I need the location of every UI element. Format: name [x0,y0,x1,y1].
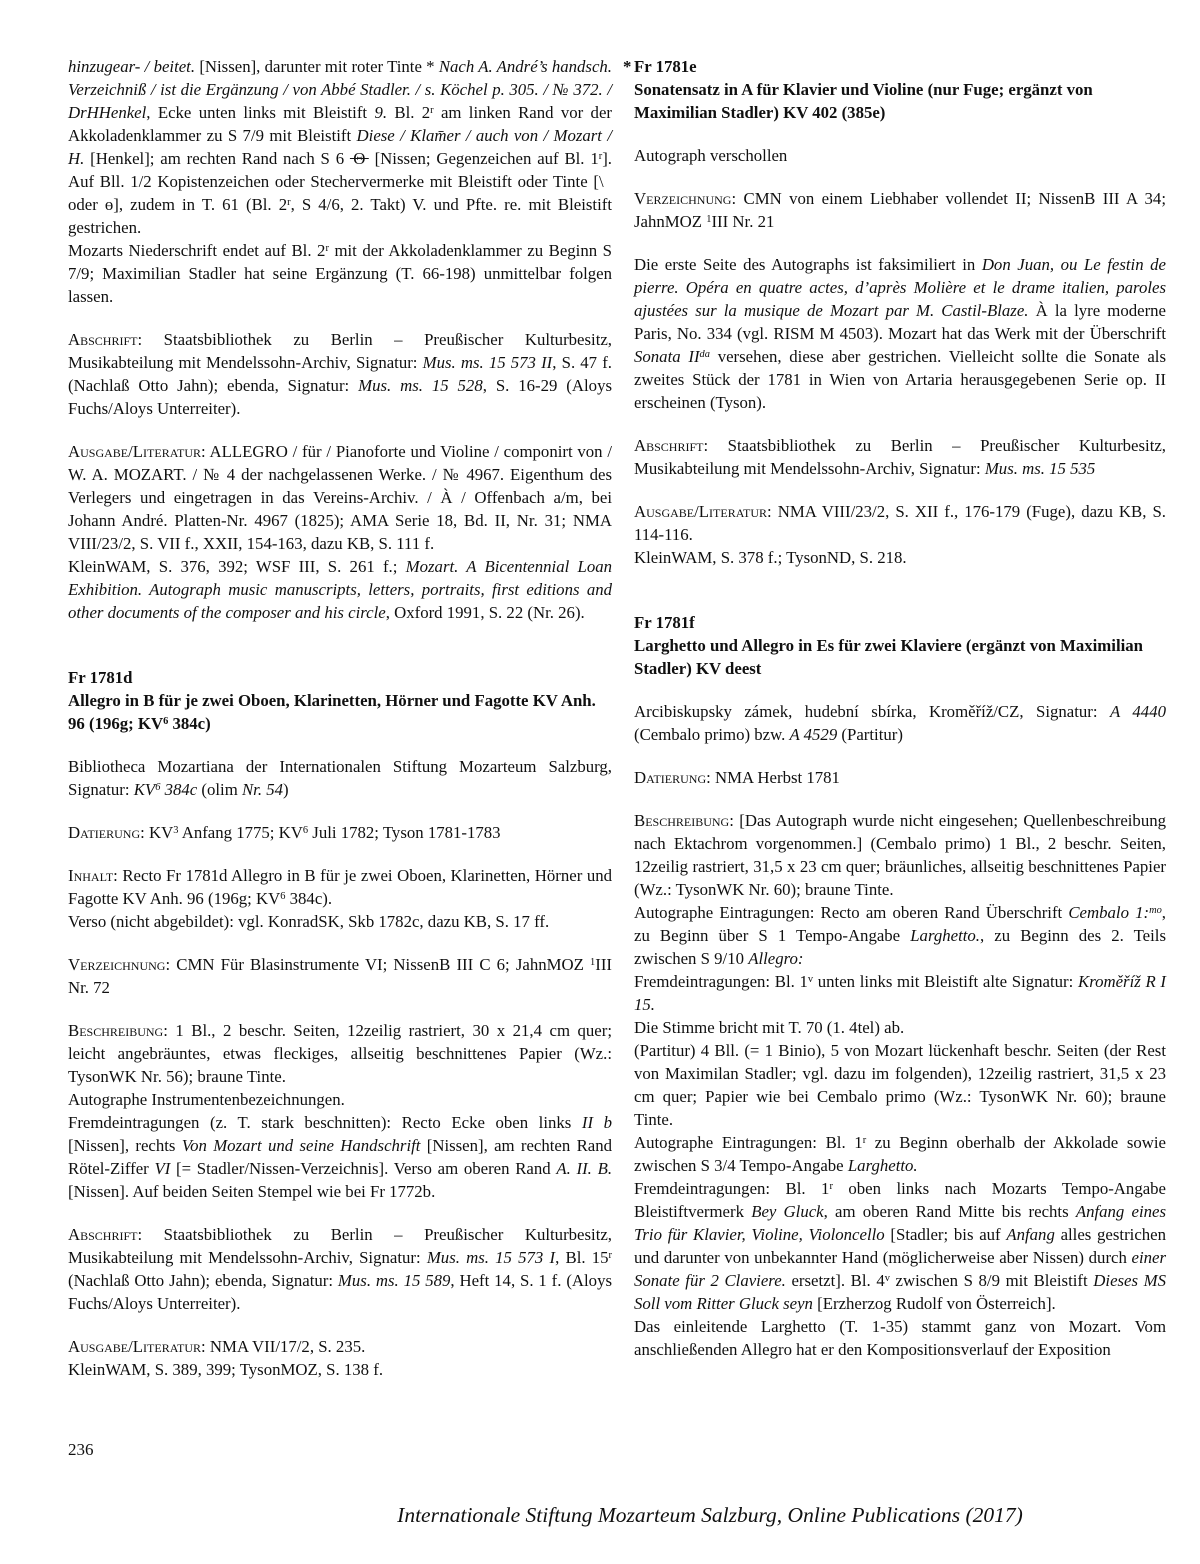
paragraph: Die Stimme bricht mit T. 70 (1. 4tel) ab… [634,1016,1166,1039]
paragraph: Beschreibung: [Das Autograph wurde nicht… [634,809,1166,901]
paragraph: Datierung: KV3 Anfang 1775; KV6 Juli 178… [68,821,612,844]
field-label: Beschreibung [68,1021,163,1040]
field-label: Ausgabe/Literatur [68,1337,201,1356]
paragraph: Abschrift: Staatsbibliothek zu Berlin – … [68,328,612,420]
paragraph: Das einleitende Larghetto (T. 1-35) stam… [634,1315,1166,1361]
text-run: Larghetto. [848,1156,918,1175]
text-run: zwischen S 8/9 mit Bleistift [890,1271,1093,1290]
text-run: Die erste Seite des Autographs ist faksi… [634,255,982,274]
text-run: 6 [155,782,160,793]
field-label: Datierung [68,823,140,842]
footnote-asterisk: * [623,55,631,78]
text-run: KleinWAM, S. 378 f.; TysonND, S. 218. [634,548,907,567]
text-run: Bey Gluck [751,1202,823,1221]
field-label: Abschrift [68,330,137,349]
text-run: 1 [706,214,711,225]
text-run: Anfang 1775; KV [178,823,302,842]
text-run: [= Stadler/Nissen-Verzeichnis]. Verso am… [170,1159,556,1178]
text-run: [Nissen]. Auf beiden Seiten Stempel wie … [68,1182,435,1201]
text-run: ersetzt]. Bl. 4 [786,1271,885,1290]
text-run: KleinWAM, S. 389, 399; TysonMOZ, S. 138 … [68,1360,383,1379]
paragraph: Autographe Eintragungen: Bl. 1r zu Begin… [634,1131,1166,1177]
paragraph: Verzeichnung: CMN Für Blasinstrumente VI… [68,953,612,999]
entry-heading: *Fr 1781eSonatensatz in A für Klavier un… [634,55,1166,124]
text-run: r [829,1181,832,1192]
field-label: Datierung [634,768,706,787]
text-run: Autographe Eintragungen: Bl. 1 [634,1133,863,1152]
text-run: III Nr. 21 [711,212,774,231]
field-label: Abschrift [68,1225,137,1244]
paragraph: KleinWAM, S. 376, 392; WSF III, S. 261 f… [68,555,612,624]
paragraph: Datierung: NMA Herbst 1781 [634,766,1166,789]
paragraph: Beschreibung: 1 Bl., 2 beschr. Seiten, 1… [68,1019,612,1088]
paragraph: hinzugear- / beitet. [Nissen], darunter … [68,55,612,239]
text-run: Mus. ms. 15 573 II [423,353,553,372]
paragraph: Ausgabe/Literatur: NMA VII/17/2, S. 235. [68,1335,612,1358]
text-run: VI [154,1159,170,1178]
text-run: Von Mozart und seine Handschrift [182,1136,421,1155]
text-run: da [700,349,710,360]
paragraph: Die erste Seite des Autographs ist faksi… [634,253,1166,414]
text-run: KleinWAM, S. 376, 392; WSF III, S. 261 f… [68,557,406,576]
text-run: 1 [590,957,595,968]
text-run: Fremdeintragungen: Bl. 1 [634,972,808,991]
text-run: KV [134,780,155,799]
text-run: Mus. ms. 15 528 [358,376,483,395]
text-run: [Nissen], darunter mit roter Tinte * [195,57,439,76]
paragraph: Mozarts Niederschrift endet auf Bl. 2r m… [68,239,612,308]
text-run: 6 [280,891,285,902]
text-run: Autograph verschollen [634,146,787,165]
text-run: (Nachlaß Otto Jahn); ebenda, Signatur: [68,1271,338,1290]
paragraph: Arcibiskupsky zámek, hudební sbírka, Kro… [634,700,1166,746]
text-run: r [863,1135,866,1146]
paragraph: Fremdeintragungen: Bl. 1v unten links mi… [634,970,1166,1016]
text-run: Fr 1781d [68,668,133,687]
text-run: r [325,243,328,254]
text-run: Mus. ms. 15 573 I [427,1248,555,1267]
text-run: 6 [303,825,308,836]
text-run: Mus. ms. 15 589 [338,1271,451,1290]
text-run: Nr. 54 [242,780,283,799]
text-run: , Ecke unten links mit Bleistift [146,103,374,122]
field-label: Verzeichnung [68,955,165,974]
paragraph: Abschrift: Staatsbibliothek zu Berlin – … [68,1223,612,1315]
text-run: Cembalo 1: [1068,903,1149,922]
paragraph: Fremdeintragungen: Bl. 1r oben links nac… [634,1177,1166,1315]
paragraph: Ausgabe/Literatur: NMA VIII/23/2, S. XII… [634,500,1166,546]
text-run: [Stadler; bis auf [885,1225,1007,1244]
field-label: Inhalt [68,866,113,885]
text-run: mo [1149,905,1162,916]
entry-heading: Fr 1781fLarghetto und Allegro in Es für … [634,611,1166,680]
text-run: : Recto Fr 1781d Allegro in B für je zwe… [68,866,612,908]
paragraph: Ausgabe/Literatur: ALLEGRO / für / Piano… [68,440,612,555]
paragraph: Autographe Instrumentenbezeichnungen. [68,1088,612,1111]
paragraph: Inhalt: Recto Fr 1781d Allegro in B für … [68,864,612,910]
text-run: Verso (nicht abgebildet): vgl. KonradSK,… [68,912,549,931]
footer-credit: Internationale Stiftung Mozarteum Salzbu… [220,1504,1200,1527]
left-column: hinzugear- / beitet. [Nissen], darunter … [68,55,612,1381]
text-run: Larghetto und Allegro in Es für zwei Kla… [634,636,1143,678]
text-run: [Henkel]; am rechten Rand nach S 6 [84,149,350,168]
text-run: r [599,151,602,162]
text-run: 3 [173,825,178,836]
text-run: Bl. 2 [387,103,430,122]
text-run: : KV [140,823,173,842]
paragraph: Abschrift: Staatsbibliothek zu Berlin – … [634,434,1166,480]
text-run: Sonatensatz in A für Klavier und Violine… [634,80,1093,122]
paragraph: Autograph verschollen [634,144,1166,167]
text-run: v [885,1273,890,1284]
text-run: Mozarts Niederschrift endet auf Bl. 2 [68,241,325,260]
paragraph: Bibliotheca Mozartiana der International… [68,755,612,801]
text-run: (olim [197,780,242,799]
text-run: Allegro: [748,949,803,968]
text-run: (Partitur) 4 Bll. (= 1 Binio), 5 von Moz… [634,1041,1166,1129]
text-run: [Nissen; Gegenzeichen auf Bl. 1 [369,149,599,168]
text-run: , Oxford 1991, S. 22 (Nr. 26). [386,603,585,622]
text-run: (Partitur) [837,725,903,744]
text-run: unten links mit Bleistift alte Signatur: [813,972,1078,991]
text-run: r [609,1250,612,1261]
paragraph: KleinWAM, S. 389, 399; TysonMOZ, S. 138 … [68,1358,612,1381]
paragraph: Fremdeintragungen (z. T. stark beschnitt… [68,1111,612,1203]
text-run: A 4529 [790,725,838,744]
text-run: Autographe Instrumentenbezeichnungen. [68,1090,345,1109]
text-run: r [287,197,290,208]
text-run: 384c [160,780,197,799]
text-run: Fr 1781e [634,57,697,76]
text-run: Autographe Eintragungen: Recto am oberen… [634,903,1068,922]
text-run: hinzugear- / beitet. [68,57,195,76]
text-run: : CMN Für Blasinstrumente VI; NissenB II… [165,955,590,974]
text-run: (Cembalo primo) bzw. [634,725,790,744]
field-label: Ausgabe/Literatur [634,502,767,521]
right-column: *Fr 1781eSonatensatz in A für Klavier un… [634,55,1166,1381]
text-run: Das einleitende Larghetto (T. 1-35) stam… [634,1317,1166,1359]
text-run: Die Stimme bricht mit T. 70 (1. 4tel) ab… [634,1018,904,1037]
text-run: [Nissen], rechts [68,1136,182,1155]
entry-heading: Fr 1781dAllegro in B für je zwei Oboen, … [68,666,612,735]
paragraph: Verzeichnung: CMN von einem Liebhaber vo… [634,187,1166,233]
text-run: Fr 1781f [634,613,695,632]
text-run: Sonata II [634,347,700,366]
text-run: Larghetto. [910,926,980,945]
text-run: Θ [350,149,369,168]
text-run: Fremdeintragungen: Bl. 1 [634,1179,829,1198]
text-run: r [430,105,433,116]
text-run: 9. [374,103,387,122]
text-run: ) [283,780,289,799]
field-label: Ausgabe/Literatur [68,442,201,461]
text-run: Mus. ms. 15 535 [985,459,1095,478]
paragraph: Autographe Eintragungen: Recto am oberen… [634,901,1166,970]
text-run: v [808,974,813,985]
text-run: 6 [163,716,168,727]
field-label: Abschrift [634,436,703,455]
paragraph: (Partitur) 4 Bll. (= 1 Binio), 5 von Moz… [634,1039,1166,1131]
text-run: : NMA Herbst 1781 [706,768,840,787]
text-run: Anfang [1006,1225,1054,1244]
field-label: Verzeichnung [634,189,731,208]
document-page: hinzugear- / beitet. [Nissen], darunter … [0,0,1200,1564]
paragraph: KleinWAM, S. 378 f.; TysonND, S. 218. [634,546,1166,569]
text-run: A. II. B. [556,1159,612,1178]
text-run: 384c). [285,889,332,908]
text-run: Fremdeintragungen (z. T. stark beschnitt… [68,1113,582,1132]
text-columns: hinzugear- / beitet. [Nissen], darunter … [0,0,1200,1381]
text-run: [Erzherzog Rudolf von Österreich]. [813,1294,1056,1313]
text-run: Juli 1782; Tyson 1781-1783 [308,823,500,842]
text-run: Arcibiskupsky zámek, hudební sbírka, Kro… [634,702,1110,721]
field-label: Beschreibung [634,811,729,830]
text-run: II b [582,1113,612,1132]
text-run: 384c) [168,714,210,733]
paragraph: Verso (nicht abgebildet): vgl. KonradSK,… [68,910,612,933]
text-run: versehen, diese aber gestrichen. Viellei… [634,347,1166,412]
page-number: 236 [68,1438,94,1461]
text-run: Allegro in B für je zwei Oboen, Klarinet… [68,691,596,733]
text-run: , am oberen Rand Mitte bis rechts [824,1202,1076,1221]
text-run: : NMA VII/17/2, S. 235. [201,1337,365,1356]
text-run: , Bl. 15 [555,1248,608,1267]
text-run: A 4440 [1110,702,1166,721]
